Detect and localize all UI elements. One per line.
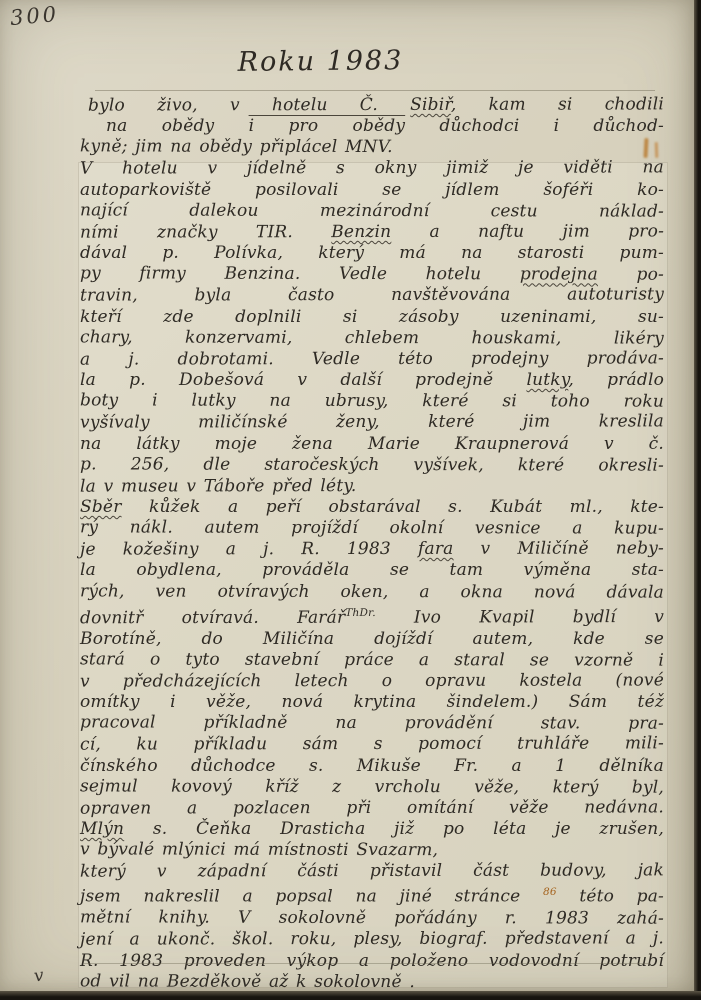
manuscript-text-segment: la obydlena, prováděla se tam výměna sta… [80,560,664,580]
manuscript-text-segment: py firmy Benzina. Vedle hotelu [80,264,520,285]
manuscript-text-segment: ThDr. [345,607,376,619]
manuscript-line: V hotelu v jídelně s okny jimiž je vidět… [80,158,664,180]
manuscript-text-segment: v bývalé mlýnici má místnosti Svazarm, [80,840,438,861]
manuscript-text-segment: Mlýn [80,819,124,839]
manuscript-line: rý nákl. autem projíždí okolní vesnice a… [80,518,664,540]
manuscript-text-segment: omítky i věže, nová krytina šindelem.) S… [80,692,664,712]
manuscript-line: kteří zde doplnili si zásoby uzeninami, … [80,307,664,328]
manuscript-text-segment: i pro obědy [249,116,406,136]
manuscript-text-segment: mětní knihy. V sokolovně pořádány r. 198… [80,908,664,929]
manuscript-line: v bývalé mlýnici má místnosti Svazarm, [80,840,664,862]
manuscript-line: na látky moje žena Marie Kraupnerová v č… [80,434,664,455]
page-title: Roku 1983 [0,43,641,81]
manuscript-text-segment: důchodci i důchod- [405,116,664,136]
manuscript-text-segment: dovnitř otvíravá. Farář [80,607,345,628]
manuscript-text-segment: kůžek a peří obstarával s. Kubát ml., kt… [122,497,664,517]
manuscript-text-segment: nající dalekou mezinárodní cestu náklad- [80,200,664,221]
manuscript-text-segment: sejmul kovový kříž z vrcholu věže, který… [80,776,664,797]
manuscript-line: jení a ukonč. škol. roku, plesy, biograf… [80,929,664,951]
manuscript-text-segment: na obědy [106,116,249,136]
manuscript-line: je kožešiny a j. R. 1983 fara v Miličíně… [80,539,664,561]
manuscript-line: jsem nakreslil a popsal na jiné stránce … [80,882,664,908]
title-underline [95,90,655,91]
manuscript-line: v předcházejících letech o opravu kostel… [80,670,664,692]
manuscript-text-segment: boty i lutky na ubrusy, které si toho ro… [80,391,664,412]
manuscript-text-segment: p. 256, dle staročeských vyšívek, které … [80,454,664,475]
manuscript-text-segment: fara [418,539,454,559]
manuscript-line: chary, konzervami, chlebem houskami, lik… [80,327,664,349]
manuscript-text-segment: V hotelu v jídelně s okny jimiž je vidět… [80,158,664,179]
manuscript-text-segment: a j. dobrotami. Vedle této prodejny prod… [80,348,664,369]
manuscript-line: dával p. Polívka, který má na starosti p… [80,243,664,264]
manuscript-line: ními značky TIR. Benzin a naftu jim pro- [80,221,664,243]
manuscript-text-segment: Sibiř [410,95,451,115]
manuscript-line: který v západní části přistavil část bud… [80,861,664,883]
manuscript-text-segment: autoparkoviště posilovali se jídlem šofé… [80,180,664,200]
manuscript-text-segment: na látky moje žena Marie Kraupnerová v č… [80,434,664,454]
manuscript-line: a j. dobrotami. Vedle této prodejny prod… [80,348,664,370]
manuscript-text-segment: čínského důchodce s. Mikuše Fr. a 1 děln… [80,756,664,776]
manuscript-line: boty i lutky na ubrusy, které si toho ro… [80,391,664,413]
manuscript-text-segment: bylo živo, v hotelu Č. [88,95,410,116]
manuscript-line: stará o tyto stavební práce a staral se … [80,649,664,671]
manuscript-text-segment: této pa- [557,887,664,907]
chronicle-page: 300 Roku 1983 bylo živo, v hotelu Č. Sib… [0,0,701,1000]
manuscript-line: travin, byla často navštěvována autoturi… [80,285,664,307]
manuscript-line: omítky i věže, nová krytina šindelem.) S… [80,692,664,713]
manuscript-text-segment: s. Čeňka Drasticha již po léta je zrušen… [124,819,664,839]
manuscript-line: Borotíně, do Miličína dojíždí autem, kde… [80,629,664,650]
manuscript-line: opraven a pozlacen při omítání věže nedá… [80,797,664,819]
manuscript-line: sejmul kovový kříž z vrcholu věže, který… [80,776,664,798]
manuscript-text-segment: Sběr [80,497,122,517]
manuscript-line: la obydlena, prováděla se tam výměna sta… [80,560,664,581]
manuscript-text-segment: rých, ven otvíravých oken, a okna nová d… [80,581,664,602]
manuscript-body: bylo živo, v hotelu Č. Sibiř, kam si cho… [80,95,664,993]
manuscript-line: rých, ven otvíravých oken, a okna nová d… [80,581,664,603]
photo-edge-right [694,0,701,1000]
page-number: 300 [9,2,60,30]
manuscript-line: la v museu v Táboře před léty. [80,475,664,497]
manuscript-line: la p. Dobešová v další prodejně lutky, p… [80,370,664,391]
manuscript-text-segment: chary, konzervami, chlebem houskami, lik… [80,327,664,348]
manuscript-line: autoparkoviště posilovali se jídlem šofé… [80,180,664,201]
manuscript-text-segment: kteří zde doplnili si zásoby uzeninami, … [80,307,664,327]
manuscript-text-segment: jsem nakreslil a popsal na jiné stránce [80,887,543,907]
manuscript-line: py firmy Benzina. Vedle hotelu prodejna … [80,264,664,286]
manuscript-text-segment: v předcházejících letech o opravu kostel… [80,670,664,691]
manuscript-text-segment: prodejna [520,265,598,285]
manuscript-line: na obědy i pro obědy důchodci i důchod- [80,116,664,137]
manuscript-text-segment: vyšívaly miličínské ženy, které jim kres… [80,412,664,433]
manuscript-line: dovnitř otvíravá. FarářThDr. Ivo Kvapil … [80,602,664,629]
manuscript-text-segment: , prádlo [568,370,664,390]
manuscript-text-segment: ními značky TIR. [80,222,331,243]
manuscript-text-segment: Borotíně, do Miličína dojíždí autem, kde… [80,629,664,649]
manuscript-text-segment: jení a ukonč. škol. roku, plesy, biograf… [80,929,664,950]
manuscript-text-segment: který v západní části přistavil část bud… [80,861,664,882]
manuscript-text-segment: kyně; jim na obědy připlácel MNV. [80,137,393,158]
manuscript-line: mětní knihy. V sokolovně pořádány r. 198… [80,908,664,930]
manuscript-text-segment: je kožešiny a j. R. 1983 [80,539,418,560]
checkmark: v [33,965,45,986]
manuscript-line: cí, ku příkladu sám s pomocí truhláře mi… [80,734,664,756]
manuscript-text-segment: lutky [526,370,568,390]
manuscript-text-segment: Ivo Kvapil bydlí v [376,607,664,628]
manuscript-text-segment: , kam si chodili [451,94,664,114]
manuscript-text-segment: v Miličíně neby- [453,539,664,559]
manuscript-text-segment: la p. Dobešová v další prodejně [80,370,526,390]
manuscript-line: nající dalekou mezinárodní cestu náklad- [80,200,664,222]
manuscript-text-segment: cí, ku příkladu sám s pomocí truhláře mi… [80,734,664,755]
manuscript-line: Sběr kůžek a peří obstarával s. Kubát ml… [80,497,664,518]
manuscript-line: pracoval příkladně na provádění stav. pr… [80,713,664,735]
manuscript-text-segment: travin, byla často navštěvována autoturi… [80,285,664,306]
manuscript-text-segment: pracoval příkladně na provádění stav. pr… [80,713,664,734]
manuscript-text-segment: R. 1983 proveden výkop a položeno vodovo… [80,951,664,971]
manuscript-line: vyšívaly miličínské ženy, které jim kres… [80,412,664,434]
manuscript-line: Mlýn s. Čeňka Drasticha již po léta je z… [80,819,664,840]
manuscript-line: kyně; jim na obědy připlácel MNV. [80,137,664,159]
manuscript-text-segment: po- [598,265,664,285]
manuscript-text-segment: 86 [543,886,557,898]
manuscript-text-segment: a naftu jim pro- [391,221,664,242]
pencil-rule [84,963,650,964]
photo-edge-bottom [0,991,701,1000]
manuscript-text-segment: opraven a pozlacen při omítání věže nedá… [80,797,664,818]
manuscript-text-segment: la v museu v Táboře před léty. [80,476,357,497]
manuscript-text-segment: dával p. Polívka, který má na starosti p… [80,243,664,263]
manuscript-line: čínského důchodce s. Mikuše Fr. a 1 děln… [80,756,664,777]
manuscript-line: p. 256, dle staročeských vyšívek, které … [80,454,664,476]
manuscript-text-segment: rý nákl. autem projíždí okolní vesnice a… [80,518,664,539]
manuscript-text-segment: od vil na Bezděkově až k sokolovně . [80,971,415,992]
manuscript-line: R. 1983 proveden výkop a položeno vodovo… [80,951,664,972]
manuscript-text-segment: stará o tyto stavební práce a staral se … [80,649,664,670]
manuscript-line: bylo živo, v hotelu Č. Sibiř, kam si cho… [80,94,664,116]
manuscript-text-segment: Benzin [331,222,391,242]
